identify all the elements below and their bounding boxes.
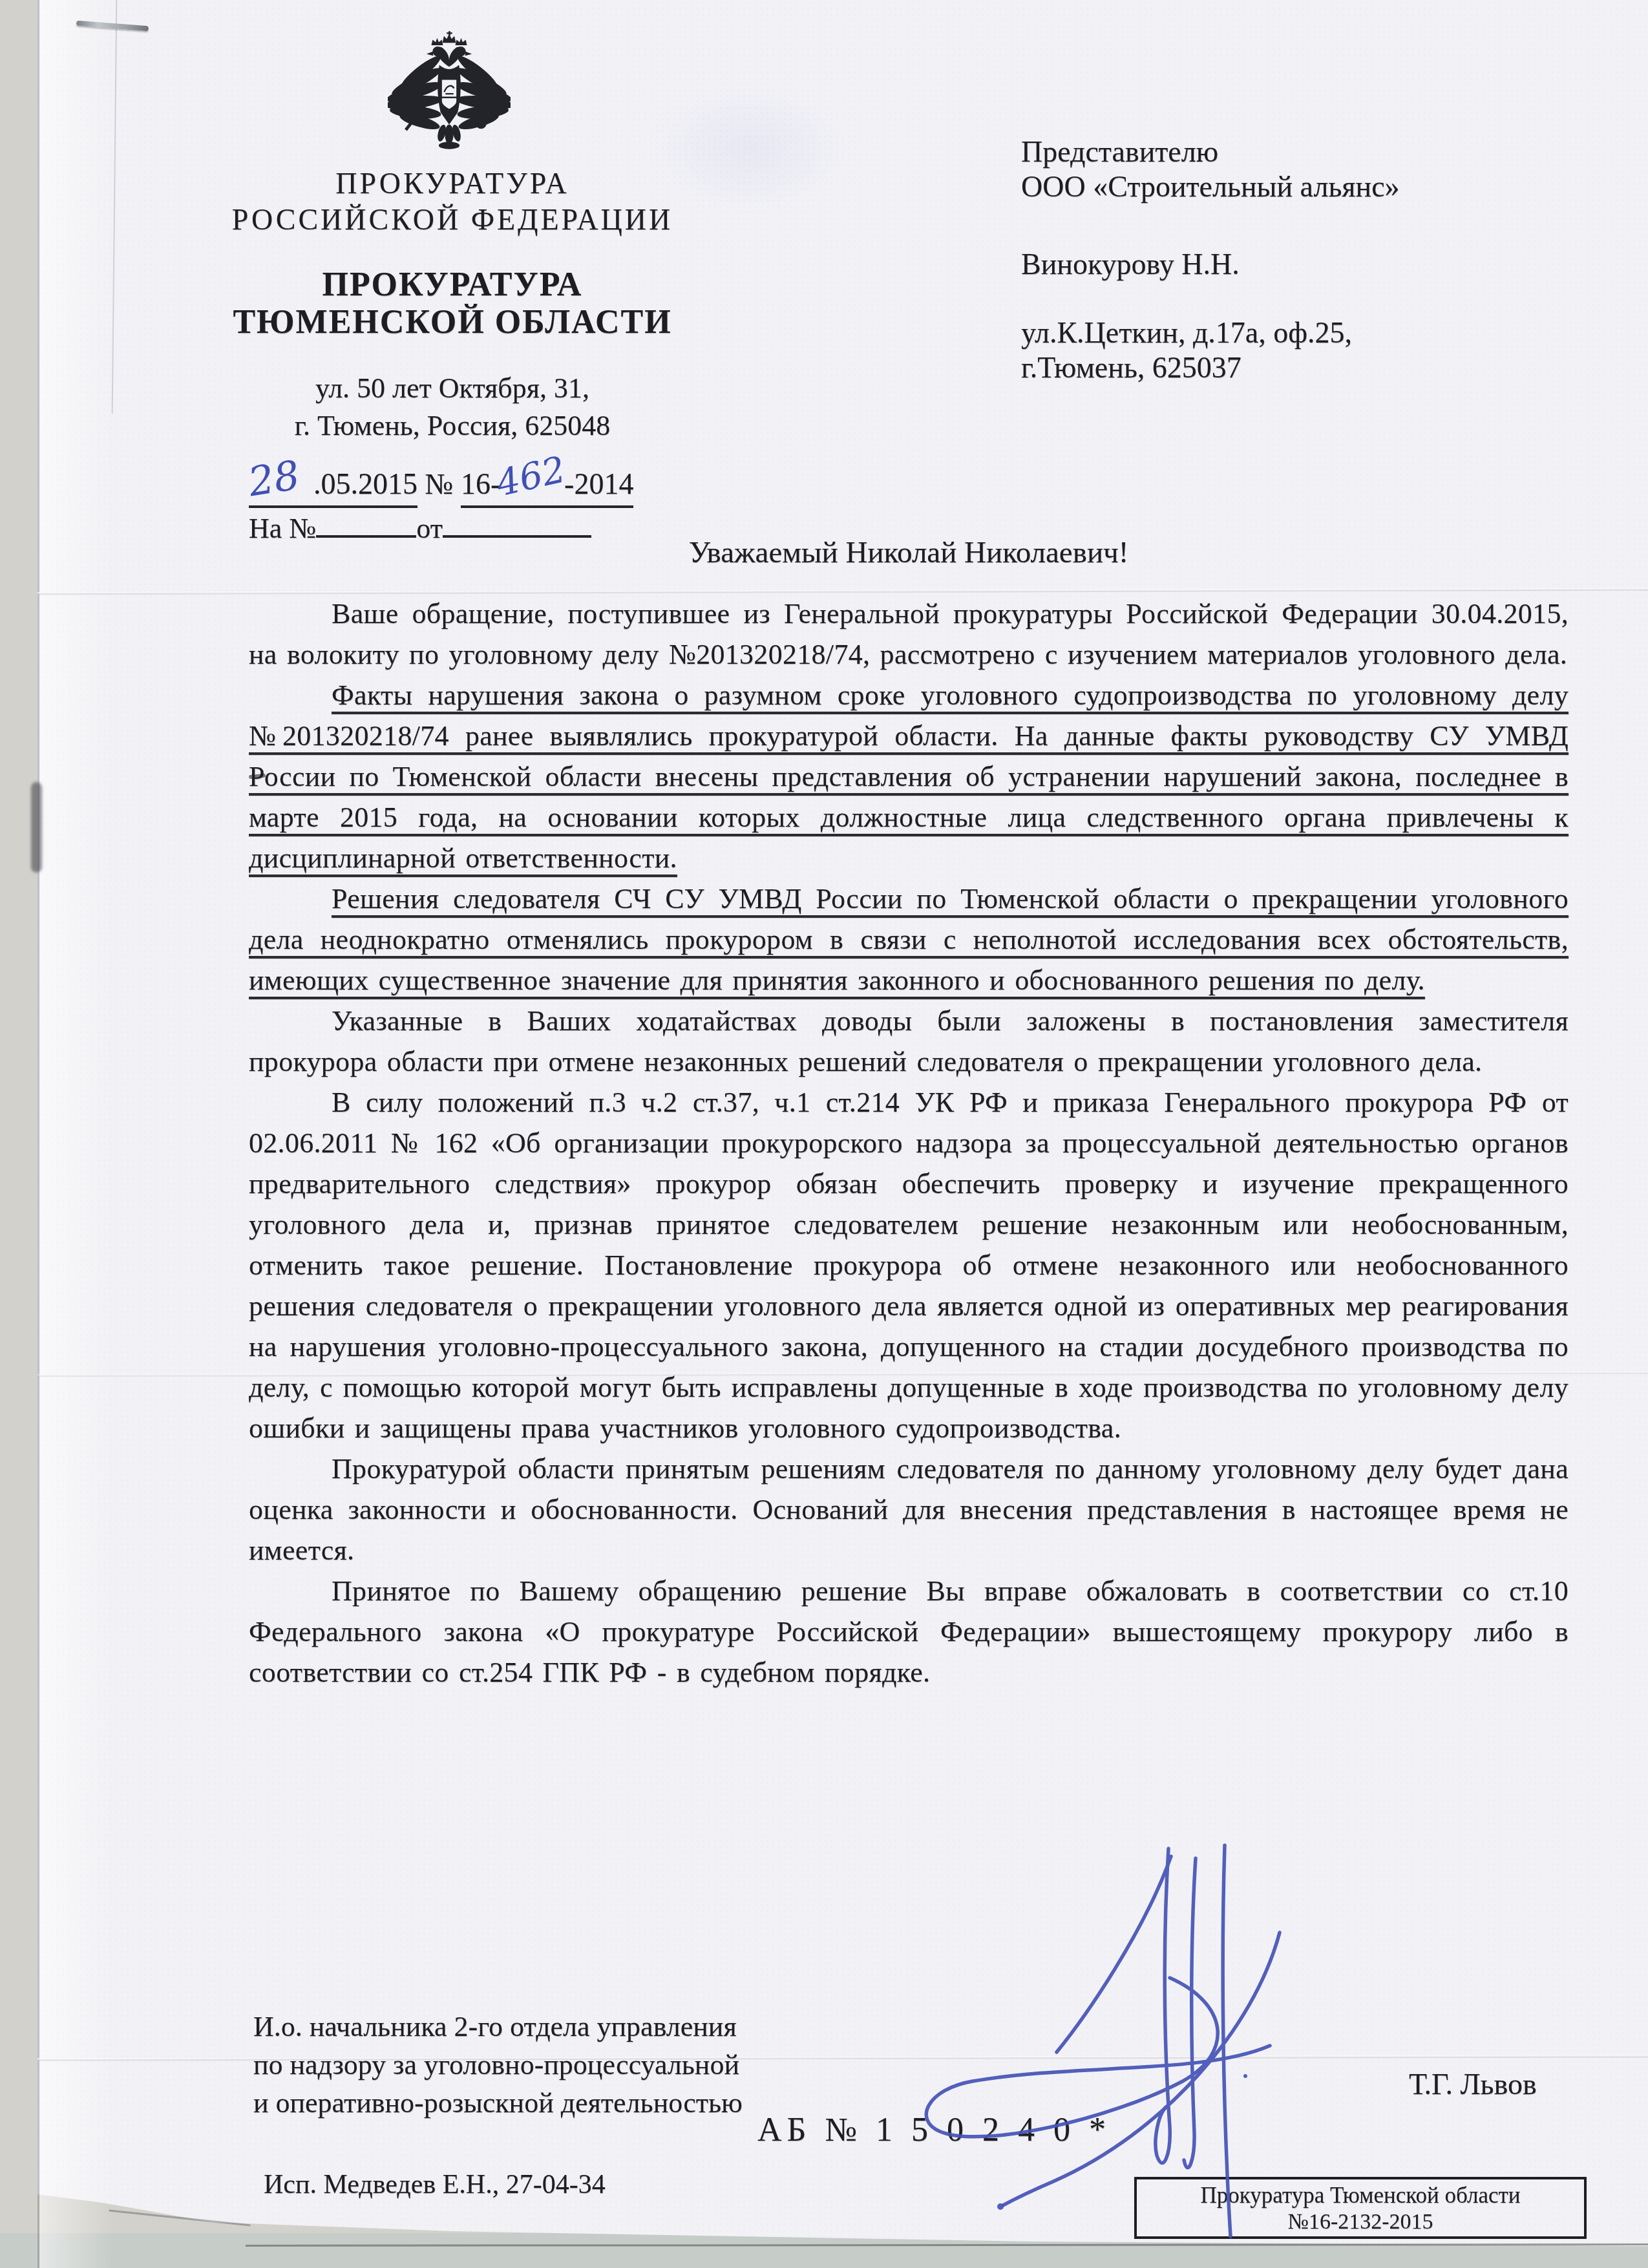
org-address-line1: ул. 50 лет Октября, 31, (181, 370, 724, 407)
recipient-address-line2: г.Тюмень, 625037 (1021, 350, 1590, 385)
recipient-address-line1: ул.К.Цеткин, д.17а, оф.25, (1021, 315, 1590, 350)
signer-title-line1: И.о. начальника 2-го отдела управления (253, 2008, 770, 2046)
signer-title-line3: и оперативно-розыскной деятельностью (253, 2084, 770, 2122)
handwritten-number: 462 (492, 449, 569, 505)
reference-line: 28.05.2015 № 16-462-2014 (249, 456, 633, 503)
org-country-line1: ПРОКУРАТУРА (181, 165, 724, 202)
number-suffix: -2014 (564, 467, 633, 500)
body-paragraph: Прокуратурой области принятым решениям с… (249, 1448, 1569, 1571)
body-paragraph: Принятое по Вашему обращению решение Вы … (249, 1571, 1569, 1693)
body-paragraph: Указанные в Ваших ходатайствах доводы бы… (249, 1001, 1569, 1082)
scan-smudge-left (31, 782, 42, 873)
org-name-line1: ПРОКУРАТУРА (181, 266, 724, 304)
form-blank-number: АБ № 1 5 0 2 4 0 * (757, 2111, 1111, 2149)
paper-left-sheen (39, 0, 114, 2268)
signer-title: И.о. начальника 2-го отдела управления п… (253, 2008, 770, 2122)
date-segment: 28.05.2015 (249, 467, 417, 508)
handwritten-day: 28 (245, 449, 316, 506)
body-paragraph: Ваше обращение, поступившее из Генеральн… (249, 593, 1569, 675)
recipient-role: Представителю (1021, 134, 1590, 169)
scanned-letter: { "colors": { "ink_black": "#1d1d22", "i… (0, 0, 1648, 2268)
stamp-number: №16-2132-2015 (1137, 2209, 1584, 2235)
reply-date-blank (443, 512, 591, 538)
coat-of-arms-icon (388, 31, 511, 160)
stamp-org-name: Прокуратура Тюменской области (1137, 2182, 1584, 2209)
body-paragraph-underlined: Решения следователя СЧ СУ УМВД России по… (249, 878, 1569, 1001)
org-country-line2: РОССИЙСКОЙ ФЕДЕРАЦИИ (181, 202, 724, 238)
number-sign: № (425, 467, 454, 500)
number-segment: 16-462-2014 (461, 467, 634, 508)
body-paragraph: В силу положений п.3 ч.2 ст.37, ч.1 ст.2… (249, 1082, 1569, 1448)
letterhead: ПРОКУРАТУРА РОССИЙСКОЙ ФЕДЕРАЦИИ ПРОКУРА… (181, 165, 724, 445)
executor-line: Исп. Медведев Е.Н., 27-04-34 (264, 2169, 606, 2200)
body-paragraph-underlined: Факты нарушения закона о разумном сроке … (249, 675, 1569, 878)
date-printed: .05.2015 (313, 467, 417, 500)
signer-title-line2: по надзору за уголовно-процессуальной (253, 2046, 770, 2084)
recipient-org: ООО «Строительный альянс» (1021, 169, 1590, 204)
recipient-block: Представителю ООО «Строительный альянс» … (1021, 134, 1590, 385)
letter-body: Ваше обращение, поступившее из Генеральн… (249, 593, 1569, 1693)
reply-number-blank (316, 512, 416, 538)
salutation: Уважаемый Николай Николаевич! (249, 535, 1569, 570)
org-name-line2: ТЮМЕНСКОЙ ОБЛАСТИ (181, 304, 724, 341)
signer-name: Т.Г. Львов (1409, 2067, 1537, 2101)
org-address-line2: г. Тюмень, Россия, 625048 (181, 407, 724, 445)
registration-stamp: Прокуратура Тюменской области №16-2132-2… (1134, 2177, 1587, 2239)
recipient-name: Винокурову Н.Н. (1021, 247, 1590, 282)
